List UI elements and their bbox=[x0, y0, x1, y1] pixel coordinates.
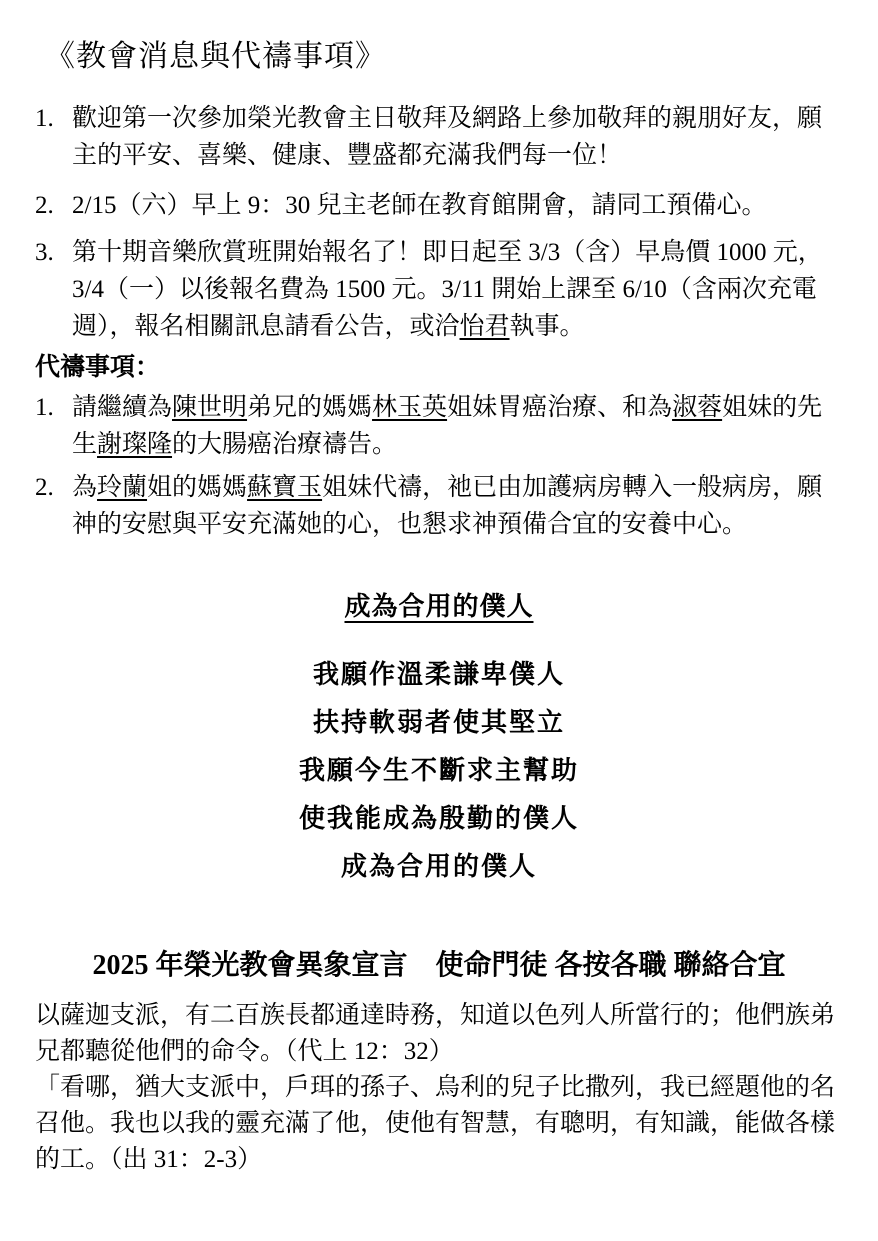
underlined-name: 林玉英 bbox=[372, 394, 447, 421]
vision-statement-headline: 2025 年榮光教會異象宣言 使命門徒 各按各職 聯絡合宜 bbox=[35, 946, 843, 986]
text-segment: 請繼續為 bbox=[72, 394, 172, 421]
item-text: 歡迎第一次參加榮光教會主日敬拜及網路上參加敬拜的親朋好友，願主的平安、喜樂、健康… bbox=[72, 100, 843, 174]
scripture-paragraph: 「看哪，猶大支派中，戶珥的孫子、烏利的兒子比撒列，我已經題他的名召他。我也以我的… bbox=[35, 1070, 843, 1178]
underlined-name: 蘇寶玉 bbox=[247, 474, 322, 501]
announcement-item: 2. 2/15（六）早上 9：30 兒主老師在教育館開會，請同工預備心。 bbox=[35, 187, 843, 224]
underlined-name: 玲蘭 bbox=[97, 474, 147, 501]
announcement-item: 3. 第十期音樂欣賞班開始報名了！即日起至 3/3（含）早鳥價 1000 元，3… bbox=[35, 234, 843, 345]
hymn-line: 我願作溫柔謙卑僕人 bbox=[35, 651, 843, 699]
item-text: 為玲蘭姐的媽媽蘇寶玉姐妹代禱，祂已由加護病房轉入一般病房，願神的安慰與平安充滿她… bbox=[72, 469, 843, 543]
announcement-item: 1. 歡迎第一次參加榮光教會主日敬拜及網路上參加敬拜的親朋好友，願主的平安、喜樂… bbox=[35, 100, 843, 174]
item-text: 請繼續為陳世明弟兄的媽媽林玉英姐妹胃癌治療、和為淑蓉姐妹的先生謝璨隆的大腸癌治療… bbox=[72, 389, 843, 463]
text-segment: 第十期音樂欣賞班開始報名了！即日起至 3/3（含）早鳥價 1000 元，3/4（… bbox=[72, 239, 823, 340]
underlined-name: 謝璨隆 bbox=[97, 431, 172, 458]
text-segment: 姐妹胃癌治療、和為 bbox=[447, 394, 672, 421]
underlined-name: 怡君 bbox=[460, 313, 510, 340]
hymn-line: 使我能成為殷勤的僕人 bbox=[35, 795, 843, 843]
hymn-title: 成為合用的僕人 bbox=[35, 589, 843, 625]
text-segment: 執事。 bbox=[510, 313, 585, 340]
hymn-line: 扶持軟弱者使其堅立 bbox=[35, 699, 843, 747]
text-segment: 的大腸癌治療禱告。 bbox=[172, 431, 397, 458]
item-number: 2. bbox=[35, 187, 72, 224]
hymn-section: 成為合用的僕人 我願作溫柔謙卑僕人 扶持軟弱者使其堅立 我願今生不斷求主幫助 使… bbox=[35, 589, 843, 891]
text-segment: 為 bbox=[72, 474, 97, 501]
underlined-name: 陳世明 bbox=[172, 394, 247, 421]
hymn-line: 成為合用的僕人 bbox=[35, 843, 843, 891]
bulletin-page: 《教會消息與代禱事項》 1. 歡迎第一次參加榮光教會主日敬拜及網路上參加敬拜的親… bbox=[0, 0, 878, 1241]
scripture-paragraph: 以薩迦支派，有二百族長都通達時務，知道以色列人所當行的；他們族弟兄都聽從他們的命… bbox=[35, 998, 843, 1070]
text-segment: 弟兄的媽媽 bbox=[247, 394, 372, 421]
prayer-item: 1. 請繼續為陳世明弟兄的媽媽林玉英姐妹胃癌治療、和為淑蓉姐妹的先生謝璨隆的大腸… bbox=[35, 389, 843, 463]
prayer-item: 2. 為玲蘭姐的媽媽蘇寶玉姐妹代禱，祂已由加護病房轉入一般病房，願神的安慰與平安… bbox=[35, 469, 843, 543]
prayer-section-heading: 代禱事項： bbox=[35, 349, 843, 386]
item-number: 1. bbox=[35, 100, 72, 174]
text-segment: 姐的媽媽 bbox=[147, 474, 247, 501]
item-number: 2. bbox=[35, 469, 72, 543]
prayer-list: 1. 請繼續為陳世明弟兄的媽媽林玉英姐妹胃癌治療、和為淑蓉姐妹的先生謝璨隆的大腸… bbox=[35, 389, 843, 543]
item-number: 1. bbox=[35, 389, 72, 463]
hymn-title-text: 成為合用的僕人 bbox=[344, 592, 533, 621]
item-text: 2/15（六）早上 9：30 兒主老師在教育館開會，請同工預備心。 bbox=[72, 187, 843, 224]
document-title: 《教會消息與代禱事項》 bbox=[45, 36, 843, 78]
announcements-list: 1. 歡迎第一次參加榮光教會主日敬拜及網路上參加敬拜的親朋好友，願主的平安、喜樂… bbox=[35, 100, 843, 345]
item-text: 第十期音樂欣賞班開始報名了！即日起至 3/3（含）早鳥價 1000 元，3/4（… bbox=[72, 234, 843, 345]
underlined-name: 淑蓉 bbox=[672, 394, 722, 421]
hymn-line: 我願今生不斷求主幫助 bbox=[35, 747, 843, 795]
item-number: 3. bbox=[35, 234, 72, 345]
